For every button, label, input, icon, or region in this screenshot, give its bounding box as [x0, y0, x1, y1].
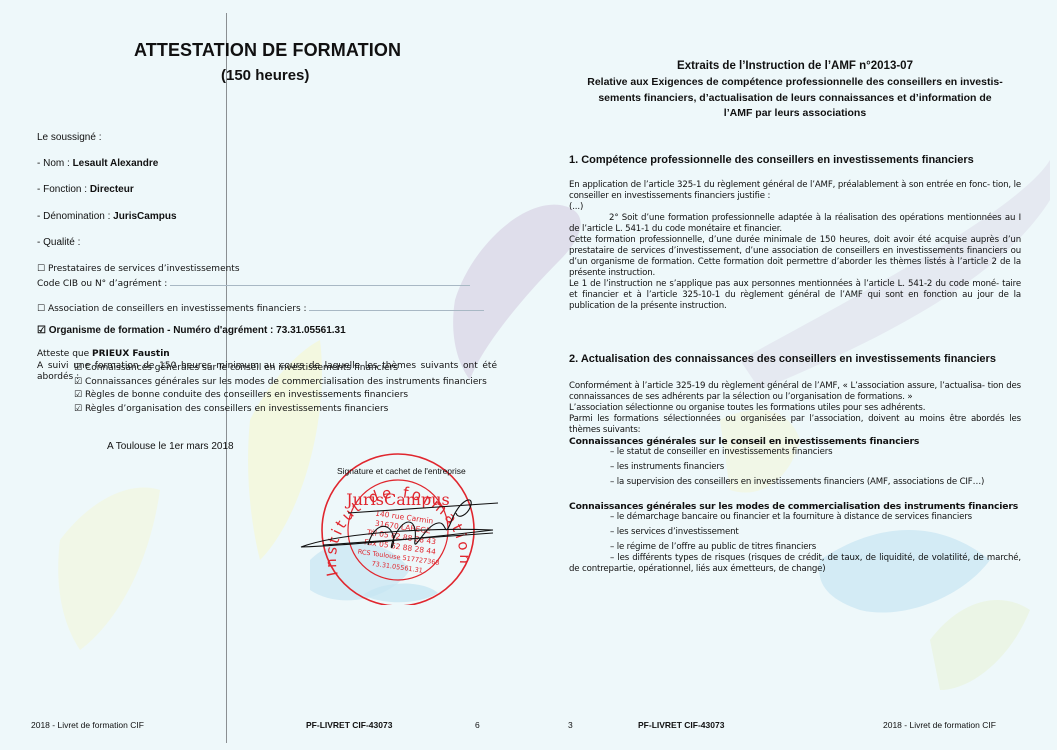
attestation-subtitle: (150 heures) [221, 67, 309, 84]
undersigned-label: Le soussigné : [37, 132, 102, 143]
fonction-value: Directeur [90, 184, 134, 195]
stamp-brand: JurisCampus [344, 490, 449, 509]
instruction-subtitle: Relative aux Exigences de compétence pro… [560, 75, 1030, 122]
fonction-label: - Fonction : [37, 184, 90, 195]
psi-label: Prestataires de services d’investissemen… [48, 264, 240, 274]
attestation-title: ATTESTATION DE FORMATION [134, 40, 401, 61]
section-2-p3: Parmi les formations sélectionnées ou or… [569, 414, 1021, 436]
association-blank [309, 301, 484, 311]
theme-item: ☑ Règles de bonne conduite des conseille… [74, 389, 487, 403]
section-1-ellipsis: (...) [569, 202, 1021, 213]
field-denomination: - Dénomination : JurisCampus [37, 211, 177, 222]
field-qualite: - Qualité : [37, 237, 80, 248]
psi-code-label: Code CIB ou N° d’agrément : [37, 279, 167, 289]
trainee-name: PRIEUX Faustin [92, 349, 170, 359]
checkbox-checked-icon: ☑ [74, 404, 82, 414]
nom-label: - Nom : [37, 158, 73, 169]
section-1-heading: 1. Compétence professionnelle des consei… [569, 154, 974, 166]
psi-code-blank [170, 276, 470, 286]
group-1-item: – les instruments financiers [569, 462, 1021, 473]
signature-label: Signature et cachet de l'entreprise [337, 466, 466, 476]
checkbox-checked-icon: ☑ [37, 325, 46, 336]
section-1-p4: Le 1 de l’instruction ne s’applique pas … [569, 279, 1021, 312]
section-2-body: Conformément à l’article 325-19 du règle… [569, 381, 1021, 575]
association-label: Association de conseillers en investisse… [48, 304, 307, 314]
nom-value: Lesault Alexandre [73, 158, 159, 169]
organisme-number: 73.31.05561.31 [276, 325, 346, 336]
checkbox-checked-icon: ☑ [74, 377, 82, 387]
left-footer-ref: PF-LIVRET CIF-43073 [306, 720, 392, 730]
right-page-number: 3 [568, 720, 573, 730]
section-2-p2: L’association sélectionne ou organise to… [569, 403, 1021, 414]
section-1-p3: Cette formation professionnelle, d’une d… [569, 235, 1021, 279]
checkbox-checked-icon: ☑ [74, 390, 82, 400]
option-psi: ☐ Prestataires de services d’investissem… [37, 264, 240, 274]
left-page-number: 6 [475, 720, 480, 730]
group-2-item: – le démarchage bancaire ou financier et… [569, 512, 1021, 523]
group-2-item: – les différents types de risques (risqu… [569, 553, 1021, 575]
section-1-p2: 2° Soit d’une formation professionnelle … [569, 213, 1021, 235]
section-2-p1: Conformément à l’article 325-19 du règle… [569, 381, 1021, 403]
attest-prefix: Atteste que [37, 349, 92, 359]
theme-item: ☑ Règles d’organisation des conseillers … [74, 403, 487, 417]
section-1-body: En application de l’article 325-1 du règ… [569, 180, 1021, 312]
group-2-item: – les services d’investissement [569, 527, 1021, 538]
group-2-item: – le régime de l’offre au public de titr… [569, 542, 1021, 553]
group-1-title: Connaissances générales sur le conseil e… [569, 436, 1021, 447]
left-footer-title: 2018 - Livret de formation CIF [31, 720, 144, 730]
checkbox-checked-icon: ☑ [74, 363, 82, 373]
attest-line: Atteste que PRIEUX Faustin [37, 349, 170, 359]
checkbox-empty-icon: ☐ [37, 264, 45, 274]
place-date: A Toulouse le 1er mars 2018 [107, 441, 234, 452]
instruction-title: Extraits de l’Instruction de l’AMF n°201… [560, 60, 1030, 72]
theme-item: ☑ Connaissances générales sur les modes … [74, 376, 487, 390]
themes-list: ☑ Connaissances générales sur le conseil… [74, 362, 487, 416]
section-1-p1: En application de l’article 325-1 du règ… [569, 180, 1021, 202]
section-2-heading: 2. Actualisation des connaissances des c… [569, 353, 996, 365]
field-fonction: - Fonction : Directeur [37, 184, 134, 195]
checkbox-empty-icon: ☐ [37, 304, 45, 314]
group-1-item: – la supervision des conseillers en inve… [569, 477, 1021, 488]
denomination-label: - Dénomination : [37, 211, 113, 222]
denomination-value: JurisCampus [113, 211, 176, 222]
option-association: ☐ Association de conseillers en investis… [37, 301, 484, 314]
psi-code-field: Code CIB ou N° d’agrément : [37, 276, 470, 289]
group-2-title: Connaissances générales sur les modes de… [569, 501, 1021, 512]
field-nom: - Nom : Lesault Alexandre [37, 158, 158, 169]
group-1-item: – le statut de conseiller en investissem… [569, 447, 1021, 458]
organisme-label: Organisme de formation - Numéro d'agréme… [49, 325, 276, 336]
right-footer-ref: PF-LIVRET CIF-43073 [638, 720, 724, 730]
theme-item: ☑ Connaissances générales sur le conseil… [74, 362, 487, 376]
right-footer-title: 2018 - Livret de formation CIF [883, 720, 996, 730]
option-organisme: ☑ Organisme de formation - Numéro d'agré… [37, 325, 346, 336]
